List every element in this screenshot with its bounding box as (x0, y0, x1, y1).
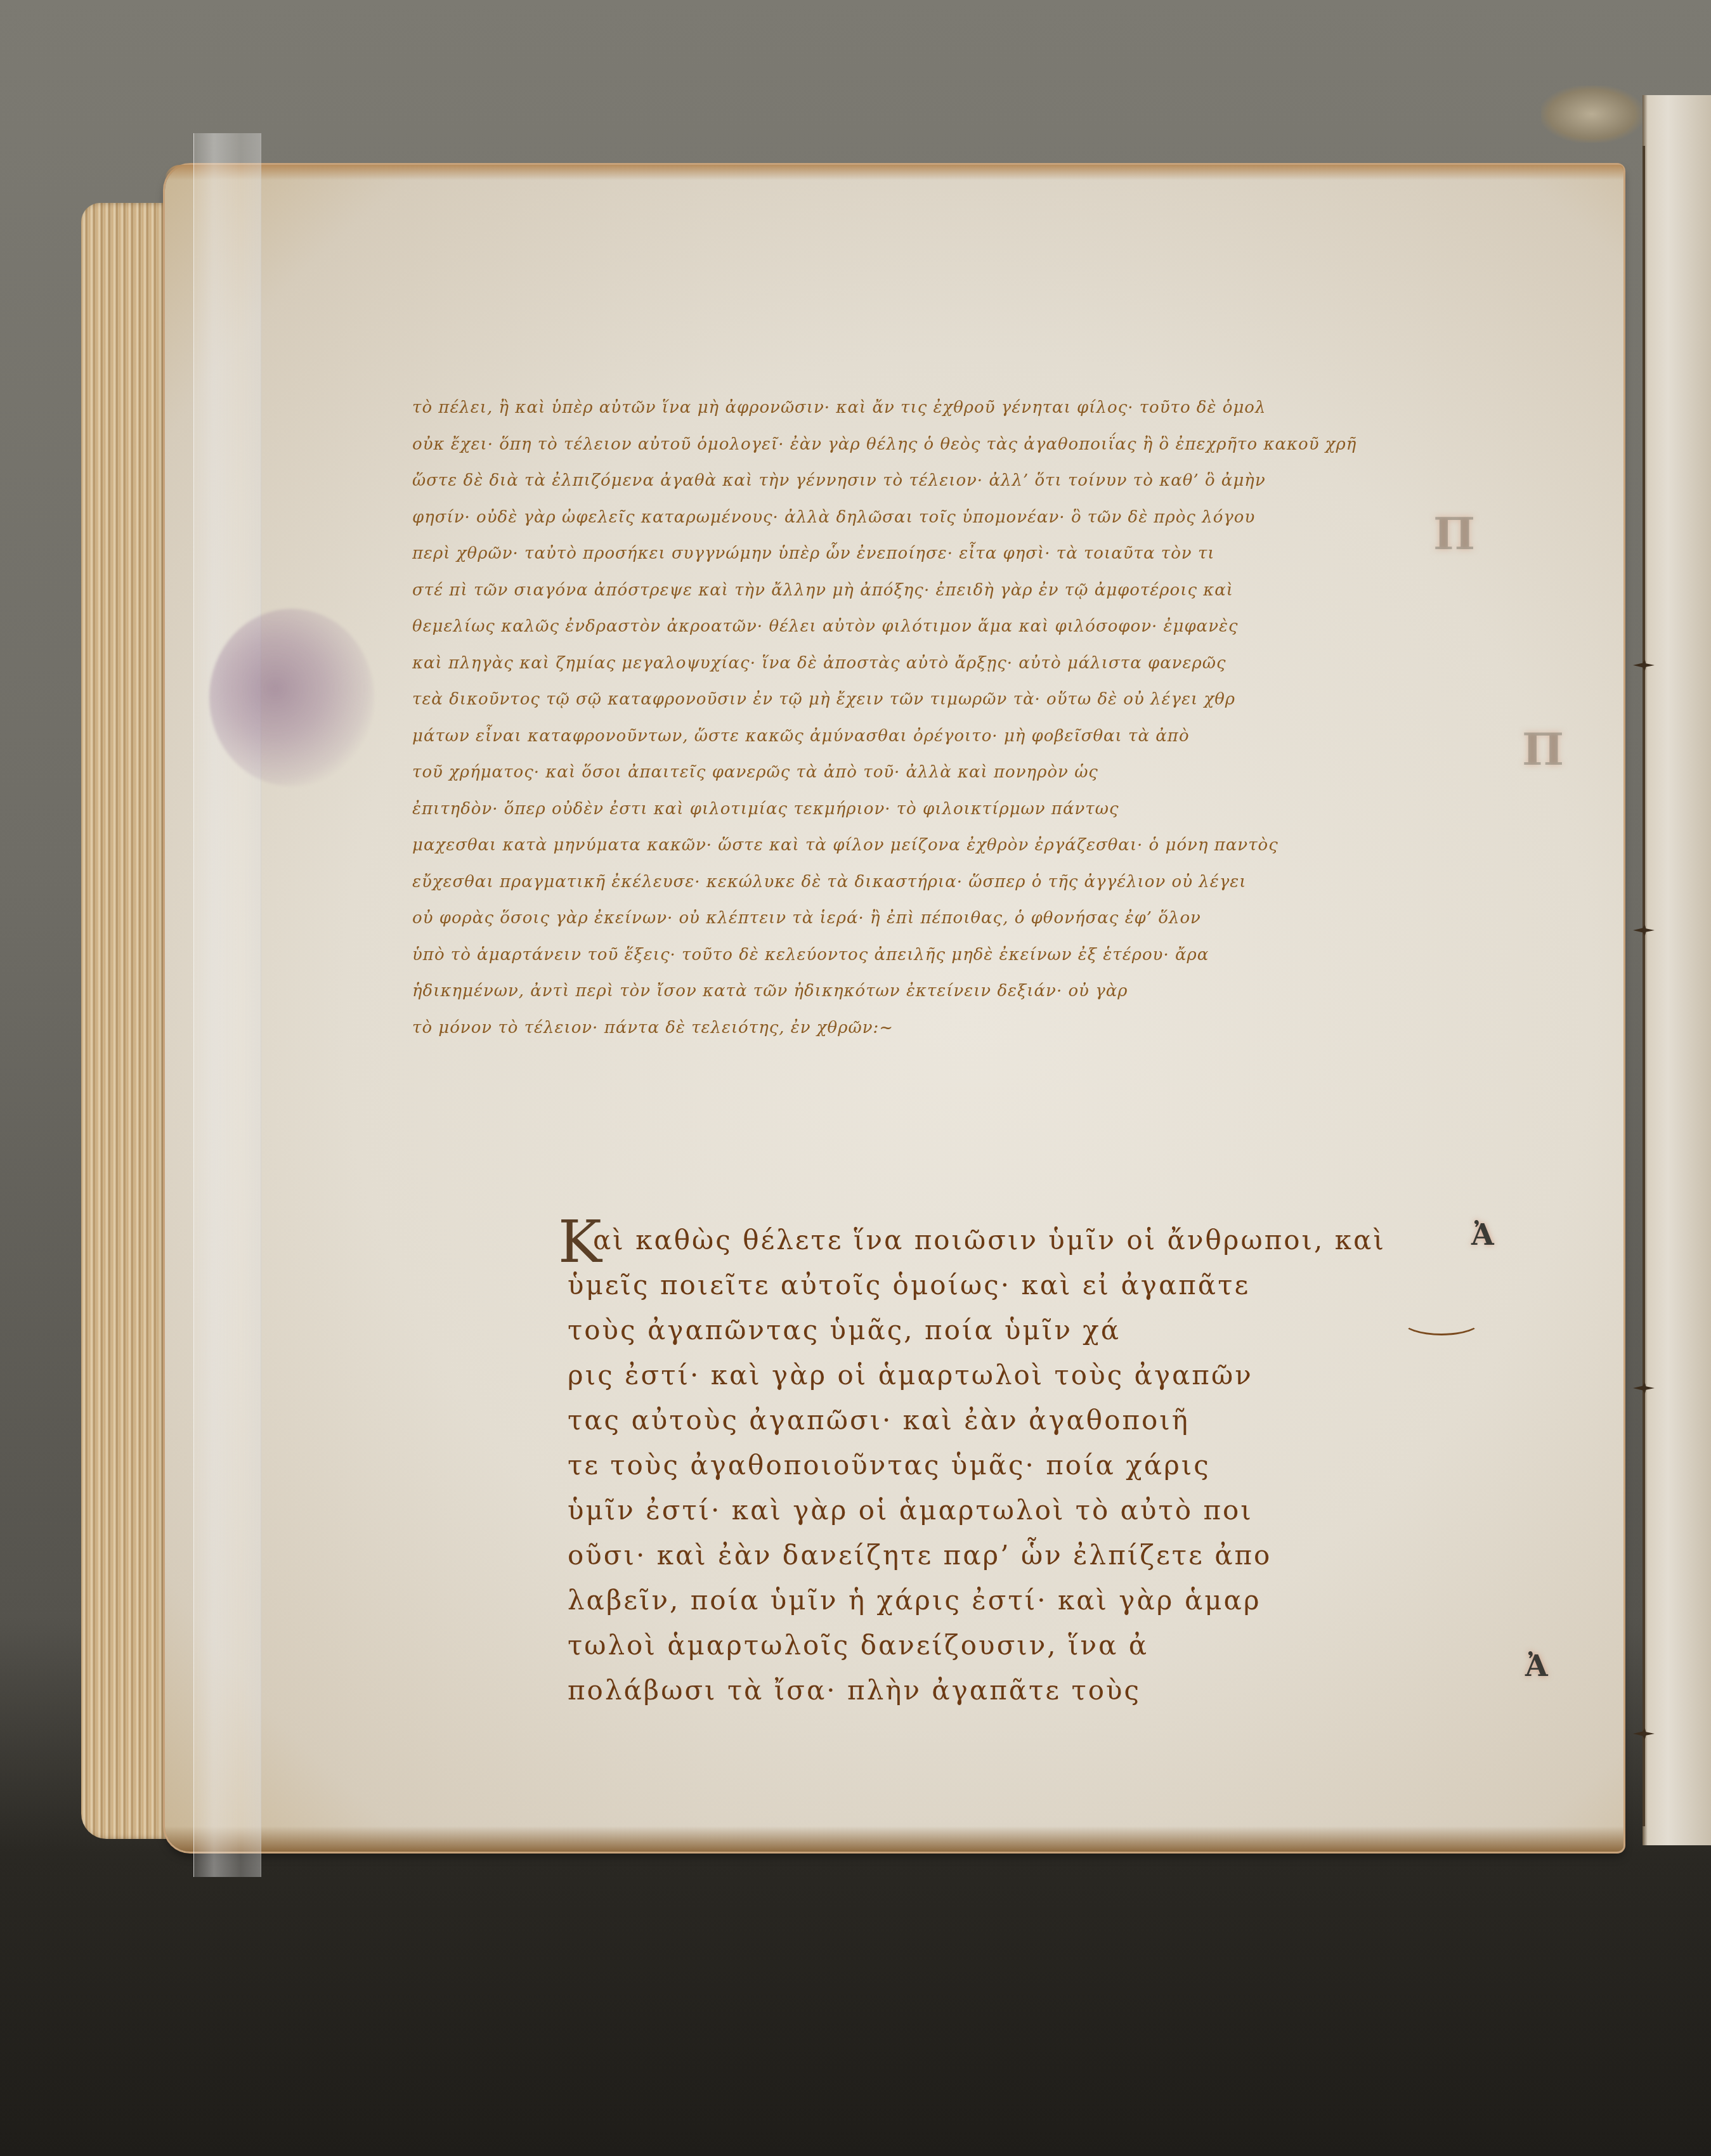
commentary-line: τὸ πέλει, ἢ καὶ ὑπὲρ αὐτῶν ἵνα μὴ ἀφρονῶ… (412, 390, 1459, 427)
commentary-line: τεὰ δικοῦντος τῷ σῷ καταφρονοῦσιν ἐν τῷ … (412, 682, 1459, 718)
commentary-line: τὸ μόνον τὸ τέλειον· πάντα δὲ τελειότης,… (412, 1010, 1459, 1047)
lemma-text-block: αὶ καθὼς θέλετε ἵνα ποιῶσιν ὑμῖν οἱ ἄνθρ… (568, 1218, 1455, 1713)
commentary-text-block: τὸ πέλει, ἢ καὶ ὑπὲρ αὐτῶν ἵνα μὴ ἀφρονῶ… (412, 390, 1459, 1046)
commentary-line: θεμελίως καλῶς ἐνδραστὸν ἀκροατῶν· θέλει… (412, 609, 1459, 646)
lemma-line: τε τοὺς ἀγαθοποιοῦντας ὑμᾶς· ποία χάρις (568, 1443, 1455, 1488)
commentary-line: τοῦ χρήματος· καὶ ὅσοι ἀπαιτεῖς φανερῶς … (412, 755, 1459, 791)
commentary-line: καὶ πληγὰς καὶ ζημίας μεγαλοψυχίας· ἵνα … (412, 646, 1459, 682)
marginal-letter: Ἀ (1525, 1649, 1548, 1683)
lemma-line: τας αὐτοὺς ἀγαπῶσι· καὶ ἐὰν ἀγαθοποιῆ (568, 1398, 1455, 1443)
commentary-line: οὐκ ἔχει· ὅπη τὸ τέλειον αὐτοῦ ὁμολογεῖ·… (412, 427, 1459, 464)
commentary-line: εὔχεσθαι πραγματικῆ ἐκέλευσε· κεκώλυκε δ… (412, 864, 1459, 901)
commentary-line: περὶ χθρῶν· ταὐτὸ προσήκει συγγνώμην ὑπὲ… (412, 536, 1459, 573)
purple-stain (209, 609, 374, 786)
spine-fold (1643, 146, 1645, 1826)
commentary-line: φησίν· οὐδὲ γὰρ ὠφελεῖς καταρωμένους· ἀλ… (412, 500, 1459, 536)
commentary-line: ἡδικημένων, ἀντὶ περὶ τὸν ἴσον κατὰ τῶν … (412, 973, 1459, 1010)
lemma-line: ὑμεῖς ποιεῖτε αὐτοῖς ὁμοίως· καὶ εἰ ἀγαπ… (568, 1263, 1455, 1308)
gutter-facing-page (1643, 95, 1711, 1845)
lemma-line: αὶ καθὼς θέλετε ἵνα ποιῶσιν ὑμῖν οἱ ἄνθρ… (568, 1218, 1455, 1263)
lemma-line: λαβεῖν, ποία ὑμῖν ἡ χάρις ἐστί· καὶ γὰρ … (568, 1578, 1455, 1623)
commentary-line: ἐπιτηδὸν· ὅπερ οὐδὲν ἐστι καὶ φιλοτιμίας… (412, 791, 1459, 828)
marginal-letter: Ἀ (1471, 1218, 1494, 1252)
marginal-flourish (1402, 1306, 1481, 1335)
commentary-line: ὑπὸ τὸ ἁμαρτάνειν τοῦ ἕξεις· τοῦτο δὲ κε… (412, 937, 1459, 974)
lemma-line: πολάβωσι τὰ ἴσα· πλὴν ἀγαπᾶτε τοὺς (568, 1668, 1455, 1713)
commentary-line: στέ πὶ τῶν σιαγόνα ἀπόστρεψε καὶ τὴν ἄλλ… (412, 573, 1459, 609)
repair-tape (193, 133, 261, 1877)
lemma-line: τωλοὶ ἁμαρτωλοῖς δανείζουσιν, ἵνα ἀ (568, 1623, 1455, 1668)
commentary-line: μαχεσθαι κατὰ μηνύματα κακῶν· ὥστε καὶ τ… (412, 828, 1459, 864)
offset-letter: Π (1522, 723, 1564, 776)
lemma-line: ρις ἐστί· καὶ γὰρ οἱ ἁμαρτωλοὶ τοὺς ἀγαπ… (568, 1353, 1455, 1398)
page-edges (81, 203, 176, 1839)
commentary-line: μάτων εἶναι καταφρονοῦντων, ὥστε κακῶς ἀ… (412, 718, 1459, 755)
binding-thread (1541, 86, 1643, 143)
lemma-line: τοὺς ἀγαπῶντας ὑμᾶς, ποία ὑμῖν χά (568, 1308, 1455, 1353)
lemma-line: οῦσι· καὶ ἐὰν δανείζητε παρ’ ὧν ἐλπίζετε… (568, 1533, 1455, 1578)
lemma-line: ὑμῖν ἐστί· καὶ γὰρ οἱ ἁμαρτωλοὶ τὸ αὐτὸ … (568, 1488, 1455, 1533)
commentary-line: ὥστε δὲ διὰ τὰ ἐλπιζόμενα ἀγαθὰ καὶ τὴν … (412, 463, 1459, 500)
commentary-line: οὐ φορὰς ὅσοις γὰρ ἐκείνων· οὐ κλέπτειν … (412, 900, 1459, 937)
